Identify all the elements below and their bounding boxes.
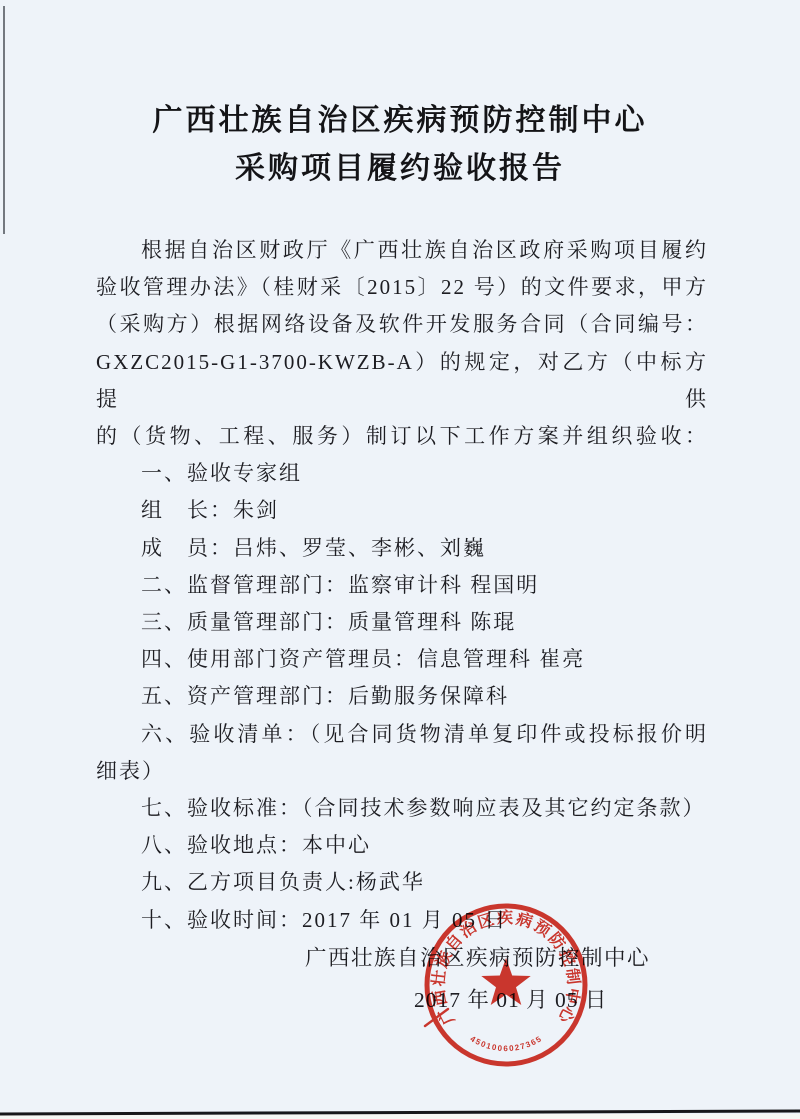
- body-line: 三、质量管理部门：质量管理科 陈琨: [96, 604, 708, 641]
- body-line: 根据自治区财政厅《广西壮族自治区政府采购项目履约: [96, 232, 708, 269]
- document-title-line1: 广西壮族自治区疾病预防控制中心: [0, 97, 800, 145]
- body-line: 九、乙方项目负责人:杨武华: [96, 864, 708, 901]
- body-line: 的（货物、工程、服务）制订以下工作方案并组织验收：: [96, 418, 708, 455]
- body-line: 一、验收专家组: [96, 455, 708, 492]
- signature-organization: 广西壮族自治区疾病预防控制中心: [305, 941, 650, 972]
- body-line: 细表）: [96, 753, 708, 790]
- body-line: 成 员：吕炜、罗莹、李彬、刘巍: [96, 530, 708, 567]
- body-line: 五、资产管理部门：后勤服务保障科: [96, 678, 708, 715]
- document-title-line2: 采购项目履约验收报告: [0, 145, 800, 193]
- document-title: 广西壮族自治区疾病预防控制中心 采购项目履约验收报告: [0, 97, 800, 193]
- body-line: 组 长：朱剑: [96, 492, 708, 529]
- body-line: 二、监督管理部门：监察审计科 程国明: [96, 567, 708, 604]
- body-line: 四、使用部门资产管理员：信息管理科 崔亮: [96, 641, 708, 678]
- body-line: （采购方）根据网络设备及软件开发服务合同（合同编号：: [96, 306, 708, 343]
- body-line: 八、验收地点：本中心: [96, 827, 708, 864]
- body-line: 验收管理办法》（桂财采〔2015〕22 号）的文件要求，甲方: [96, 269, 708, 306]
- body-line: 六、验收清单：（见合同货物清单复印件或投标报价明: [96, 716, 708, 753]
- scanned-document-page: 广西壮族自治区疾病预防控制中心 采购项目履约验收报告 根据自治区财政厅《广西壮族…: [0, 0, 800, 1119]
- signature-date: 2017 年 01 月 05 日: [414, 983, 607, 1014]
- seal-serial-number: 4501006027365: [469, 1034, 544, 1053]
- body-line: 七、验收标准：（合同技术参数响应表及其它约定条款）: [96, 790, 708, 827]
- body-line: 十、验收时间：2017 年 01 月 05 日: [96, 902, 708, 939]
- body-line: GXZC2015-G1-3700-KWZB-A）的规定，对乙方（中标方提供: [96, 344, 708, 418]
- document-body: 根据自治区财政厅《广西壮族自治区政府采购项目履约 验收管理办法》（桂财采〔201…: [96, 232, 708, 939]
